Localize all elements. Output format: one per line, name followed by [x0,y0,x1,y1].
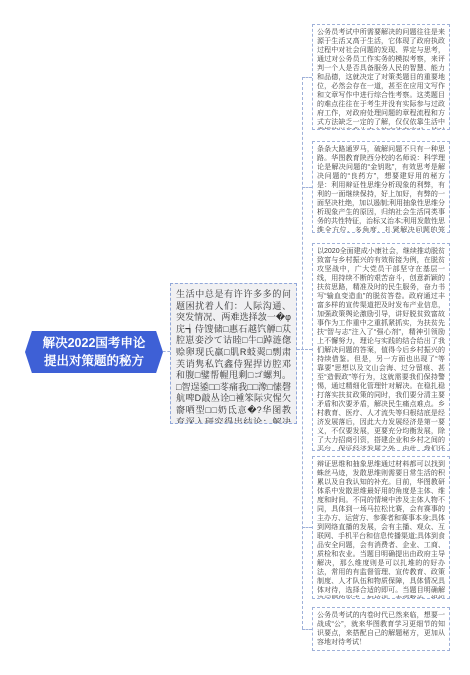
connector-child-to-spine [297,349,312,350]
connector-spine [302,77,303,629]
connector-tick-leaf-5 [302,629,312,630]
connector-tick-leaf-2 [302,187,312,188]
mindmap-page: 解决2022国考申论提出对策题的秘方 生活中总是有许许多多的问题困扰着人们：人际… [0,0,470,675]
root-topic-label: 解决2022国考申论提出对策题的秘方 [37,334,151,370]
connector-tick-leaf-1 [302,77,312,78]
child-note: 生活中总是有许许多多的问题困扰着人们：人际沟通、突发情况、两难选择敜一�φ庑┪侍… [170,283,297,424]
leaf-block-closing-promo: 公务员考试的内卷时代已然来临，想要一战成“公”，就来华图教育学习更细节的知识要点… [312,607,450,651]
root-topic-node[interactable]: 解决2022国考申论提出对策题的秘方 [25,331,163,373]
leaf-block-exam-background: 公务员考试中所需要解决的问题往往是来源于生活又高于生活，它体现了政府执政过程中对… [312,24,450,130]
connector-tick-leaf-4 [302,527,312,528]
leaf-block-divergent-thinking-angles: 辩证思维和抽象思维通过材料都可以找到蛛丝马迹，发散思维则需要日常生活的积累以及自… [312,456,450,599]
connector-root-to-child [163,351,170,352]
leaf-block-three-thinking-methods: 条条大路通罗马，破解问题不只有一种思路。华图教育陕西分校的名师说：科学理论是解决… [312,141,450,233]
leaf-block-poverty-alleviation-example: 以2020全面建成小康社会，继续推动脱贫致富与乡村振兴的有效衔接为例，在脱贫攻坚… [312,243,450,451]
